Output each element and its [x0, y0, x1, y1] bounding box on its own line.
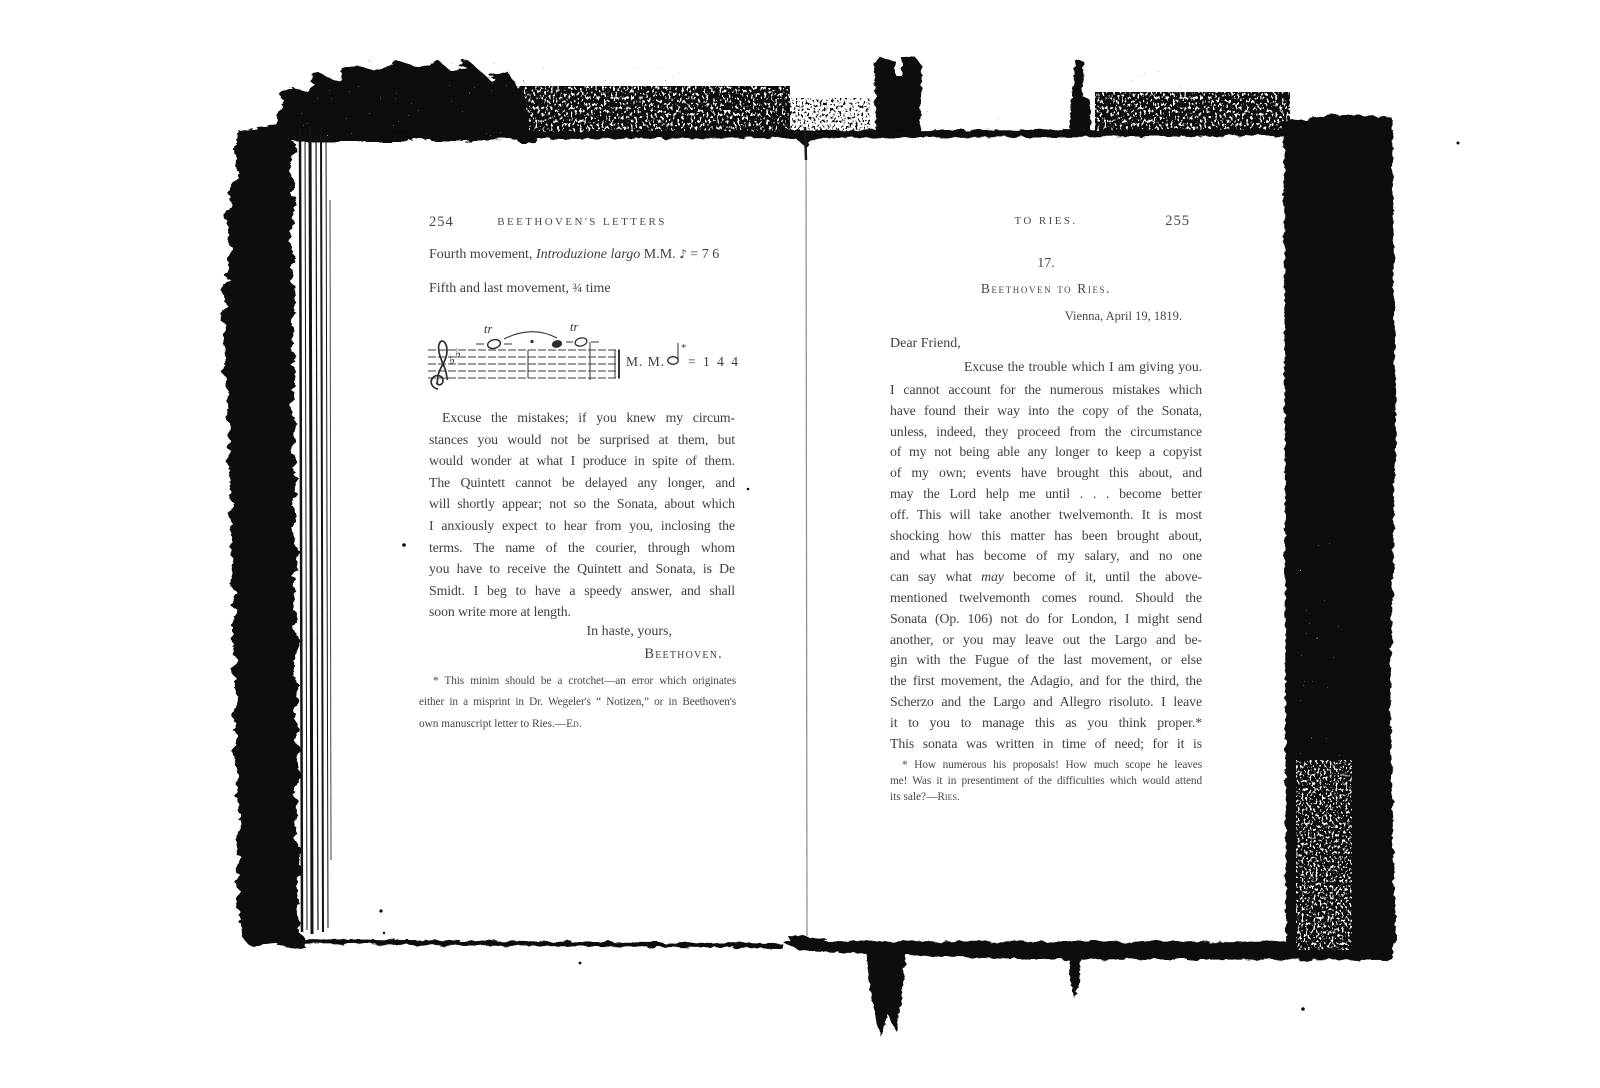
closing-line: In haste, yours, — [429, 624, 735, 640]
text-line: I anxiously expect to hear from you, inc… — [429, 515, 735, 537]
ink-speck — [383, 932, 385, 934]
treble-clef-icon — [431, 341, 447, 389]
text-line: unless, indeed, they proceed from the ci… — [890, 422, 1202, 443]
text-line: it to you to manage this as you think pr… — [890, 713, 1202, 734]
page-number-right: 255 — [1165, 213, 1190, 230]
slur-arc — [504, 332, 557, 339]
text-line: can say what may become of it, until the… — [890, 567, 1202, 588]
text-line: stances you would not be surprised at th… — [429, 429, 735, 451]
right-bar-white-speckle — [1296, 760, 1352, 950]
text-line: either in a misprint in Dr. Wegeler's “ … — [419, 692, 736, 713]
trill-mark: tr — [570, 320, 578, 334]
page-edge-lines — [300, 126, 331, 934]
text-line: I cannot account for the numerous mistak… — [890, 380, 1202, 401]
minim-note-icon — [668, 357, 678, 365]
ink-speck — [402, 543, 406, 547]
right-bar-white-speckle-2 — [1300, 540, 1340, 760]
running-header-right: TO RIES. — [890, 213, 1202, 227]
signature: Beethoven. — [429, 646, 735, 663]
gutter-line — [805, 127, 807, 936]
text-line: will shortly appear; not so the Sonata, … — [429, 493, 735, 515]
running-header-left: BEETHOVEN'S LETTERS — [429, 214, 735, 228]
text-line: of my own; events have brought this abou… — [890, 463, 1202, 484]
filled-note-icon — [551, 339, 563, 349]
ink-speck — [579, 962, 582, 965]
text-line: terms. The name of the courier, through … — [429, 537, 735, 559]
left-spine-ink — [222, 126, 302, 948]
ink-speck — [379, 909, 382, 912]
text-line: Smidt. I beg to have a speedy answer, an… — [429, 580, 735, 602]
text-line: This sonata was written in time of need;… — [890, 734, 1202, 755]
text-line: Sonata (Op. 106) not do for London, I mi… — [890, 609, 1202, 630]
right-page-body-first-line: Excuse the trouble which I am giving you… — [890, 359, 1202, 375]
text-line: The Quintett cannot be delayed any longe… — [429, 472, 735, 494]
left-page-footnote-last-line: own manuscript letter to Ries.—Ed. — [419, 714, 736, 735]
text-line: mentioned twelvemonth comes round. Shoul… — [890, 588, 1202, 609]
page-number-left: 254 — [429, 214, 454, 231]
text-line: * This minim should be a crotchet—an err… — [419, 671, 736, 692]
book-scan-page: 254 BEETHOVEN'S LETTERS Fourth movement,… — [0, 0, 1600, 1088]
text-line: would wonder at what I produce in spite … — [429, 450, 735, 472]
text-line: gin with the Fugue of the last movement,… — [890, 650, 1202, 671]
text-line: shocking how this matter has been brough… — [890, 526, 1202, 547]
metronome-label: M. M. — [626, 354, 665, 369]
scan-artifacts — [0, 0, 1600, 1088]
movement-line-fourth: Fourth movement, Introduzione largo M.M.… — [429, 247, 749, 263]
text-line: may the Lord help me until . . . become … — [890, 484, 1202, 505]
movement-line-fifth: Fifth and last movement, ¾ time — [429, 280, 749, 297]
ink-speck — [1301, 1007, 1305, 1011]
top-speckle-4 — [925, 104, 1070, 134]
whole-note-icon — [574, 337, 588, 348]
ink-speck — [1457, 142, 1460, 145]
dateline: Vienna, April 19, 1819. — [890, 309, 1202, 324]
right-page-footnote: * How numerous his proposals! How much s… — [890, 758, 1202, 790]
text-line: * How numerous his proposals! How much s… — [890, 758, 1202, 774]
text-line: Excuse the mistakes; if you knew my circ… — [429, 407, 735, 429]
salutation: Dear Friend, — [890, 336, 1202, 352]
text-line: off. This will take another twelvemonth.… — [890, 505, 1202, 526]
ledger-dashes — [476, 342, 599, 344]
text-line: of my not being able any longer to keep … — [890, 442, 1202, 463]
top-speckle-6 — [1100, 70, 1260, 100]
trill-mark: tr — [484, 322, 492, 336]
text-line: Scherzo and the Largo and Allegro risolu… — [890, 692, 1202, 713]
text-line: and what has become of my salary, and no… — [890, 546, 1202, 567]
left-page-footnote: * This minim should be a crotchet—an err… — [419, 671, 736, 714]
letter-number: 17. — [890, 256, 1202, 272]
left-page-header: 254 BEETHOVEN'S LETTERS — [429, 214, 735, 232]
flat-sign-icon: ♭ — [455, 347, 461, 362]
ink-speck — [747, 488, 750, 491]
dot-mark — [530, 340, 533, 343]
bottom-edge-line — [286, 936, 1392, 960]
text-line: another, or you may leave out the Largo … — [890, 630, 1202, 651]
letter-heading: Beethoven to Ries. — [890, 281, 1202, 297]
right-page-footnote-last-line: its sale?—Ries. — [890, 790, 1202, 806]
metronome-value: = 1 4 4 — [688, 354, 740, 369]
right-page-body: I cannot account for the numerous mistak… — [890, 380, 1202, 754]
text-line: you have to receive the Quintett and Son… — [429, 558, 735, 580]
music-staff: ♭ ♭ tr tr M. M. * = 1 4 4 — [424, 314, 740, 398]
left-page-body-last-line: soon write more at length. — [429, 601, 735, 623]
text-line: me! Was it in presentiment of the diffic… — [890, 774, 1202, 790]
text-line: the first movement, the Adagio, and for … — [890, 671, 1202, 692]
whole-note-icon — [487, 338, 502, 349]
text-line: have found their way into the copy of th… — [890, 401, 1202, 422]
right-page-header: TO RIES. 255 — [890, 213, 1202, 231]
left-page-body: Excuse the mistakes; if you knew my circ… — [429, 407, 735, 601]
blob-white-speckle — [300, 78, 520, 138]
bottom-streaks — [866, 950, 1082, 1036]
footnote-asterisk: * — [681, 342, 687, 354]
